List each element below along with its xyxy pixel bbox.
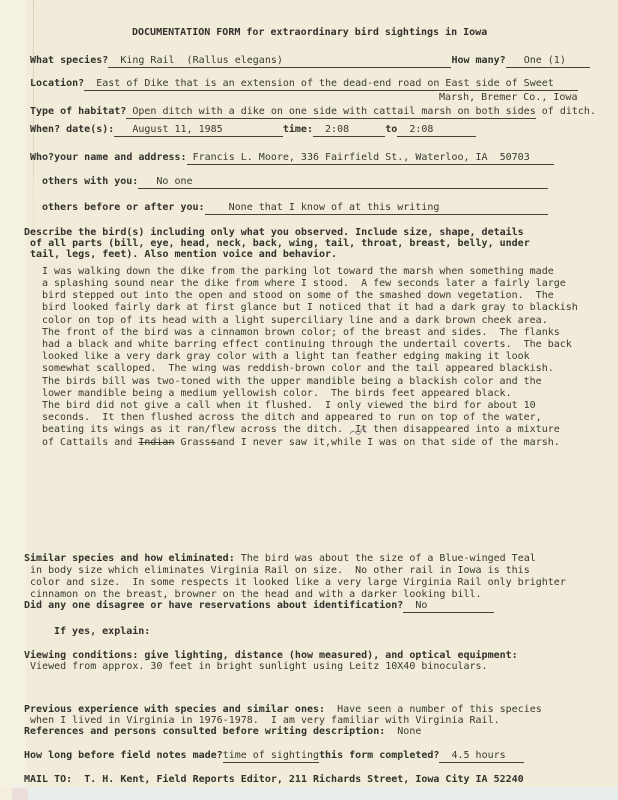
form-title: DOCUMENTATION FORM for extraordinary bir… xyxy=(132,27,487,38)
struck-text: Indian xyxy=(138,437,174,448)
description-line-2: a splashing sound near the dike from whe… xyxy=(42,278,566,289)
typed-text: lower mandible being a medium yellowish … xyxy=(42,388,512,399)
label-text: Location? xyxy=(30,78,84,89)
label-text: If yes, explain: xyxy=(54,626,150,637)
describe-instructions-2: of all parts (bill, eye, head, neck, bac… xyxy=(24,238,530,249)
field-observer: Who?your name and address: Francis L. Mo… xyxy=(30,152,554,163)
typed-text: beating its wings as it ran/flew across … xyxy=(42,424,560,435)
typed-text: seconds. It then flushed across the ditc… xyxy=(42,412,542,423)
underlined-entry: 2:08 xyxy=(313,124,385,137)
label-text: MAIL TO: T. H. Kent, Field Reports Edito… xyxy=(24,774,524,785)
typed-text: None xyxy=(391,726,421,737)
mail-to: MAIL TO: T. H. Kent, Field Reports Edito… xyxy=(24,774,524,785)
underlined-entry: 2:08 xyxy=(397,124,475,137)
description-line-12: The bird did not give a call when it flu… xyxy=(42,400,536,411)
label-text: Type of habitat? xyxy=(30,106,126,117)
field-habitat: Type of habitat? Open ditch with a dike … xyxy=(30,106,596,117)
typed-text: The bird did not give a call when it flu… xyxy=(42,400,536,411)
description-line-5: color on top of its head with a light su… xyxy=(42,315,548,326)
underlined-entry: Open ditch with a dike on one side with … xyxy=(126,106,535,119)
underlined-entry: None that I know of at this writing xyxy=(205,202,548,215)
typed-text: The bird was about the size of a Blue-wi… xyxy=(241,553,536,564)
description-line-3: bird stepped out into the open and stood… xyxy=(42,290,554,301)
typed-text: The birds bill was two-toned with the up… xyxy=(42,376,542,387)
description-line-15: of Cattails and Indian Grasssand I never… xyxy=(42,437,560,448)
underlined-entry: East of Dike that is an extension of the… xyxy=(84,78,578,91)
label-text: of all parts (bill, eye, head, neck, bac… xyxy=(24,238,530,249)
underlined-entry: time of sighting xyxy=(223,750,319,763)
field-others-with: others with you: No one xyxy=(42,176,548,187)
scan-bottom-edge xyxy=(0,787,618,800)
description-line-4: bird looked fairly dark at first glance … xyxy=(42,302,578,313)
underlined-entry: No xyxy=(403,600,493,613)
label-text: How long before field notes made? xyxy=(24,750,223,761)
typed-text: Marsh, Bremer Co., Iowa xyxy=(439,92,577,103)
handwritten-insertion-mark-icon xyxy=(349,428,367,439)
viewing-conditions-2: Viewed from approx. 30 feet in bright su… xyxy=(24,661,488,672)
typed-text: when I lived in Virginia in 1976-1978. I… xyxy=(24,715,500,726)
describe-instructions-1: Describe the bird(s) including only what… xyxy=(24,227,524,238)
similar-species-4: cinnamon on the breast, browner on the h… xyxy=(24,589,482,600)
typed-text: and I never saw it,while I was on that s… xyxy=(217,437,560,448)
description-line-10: The birds bill was two-toned with the up… xyxy=(42,376,542,387)
description-line-9: somewhat scalloped. The wing was reddish… xyxy=(42,363,554,374)
similar-species-1: Similar species and how eliminated: The … xyxy=(24,553,536,564)
typed-text: Have seen a number of this species xyxy=(331,704,542,715)
description-line-11: lower mandible being a medium yellowish … xyxy=(42,388,512,399)
paper-corner-notch xyxy=(0,787,12,800)
label-text: What species? xyxy=(30,55,108,66)
description-line-6: The front of the bird was a cinnamon bro… xyxy=(42,327,560,338)
field-notes-timing: How long before field notes made?time of… xyxy=(24,750,524,761)
previous-experience-2: when I lived in Virginia in 1976-1978. I… xyxy=(24,715,500,726)
similar-species-3: color and size. In some respects it look… xyxy=(24,577,566,588)
typed-text: color on top of its head with a light su… xyxy=(42,315,548,326)
underlined-entry: August 11, 1985 xyxy=(114,124,283,137)
typed-text: in body size which eliminates Virginia R… xyxy=(24,565,530,576)
paper-left-edge xyxy=(0,0,26,787)
label-text: Did any one disagree or have reservation… xyxy=(24,600,403,611)
underlined-entry: 4.5 hours xyxy=(439,750,523,763)
field-species: What species? King Rail (Rallus elegans)… xyxy=(30,55,590,66)
typed-text: bird looked fairly dark at first glance … xyxy=(42,302,578,313)
similar-species-2: in body size which eliminates Virginia R… xyxy=(24,565,530,576)
label-text: When? date(s): xyxy=(30,124,114,135)
typed-text: of Cattails and xyxy=(42,437,138,448)
underlined-entry: No one xyxy=(138,176,547,189)
scanned-form-page: DOCUMENTATION FORM for extraordinary bir… xyxy=(0,0,618,800)
label-text: References and persons consulted before … xyxy=(24,726,391,737)
typed-text: Grass xyxy=(174,437,210,448)
previous-experience-1: Previous experience with species and sim… xyxy=(24,704,542,715)
field-location: Location? East of Dike that is an extens… xyxy=(30,78,578,89)
viewing-conditions-1: Viewing conditions: give lighting, dista… xyxy=(24,650,518,661)
typed-text: cinnamon on the breast, browner on the h… xyxy=(24,589,482,600)
underlined-entry: Francis L. Moore, 336 Fairfield St., Wat… xyxy=(187,152,554,165)
typed-text: color and size. In some respects it look… xyxy=(24,577,566,588)
scan-artifact xyxy=(12,788,28,800)
field-location-cont: Marsh, Bremer Co., Iowa xyxy=(439,92,577,103)
label-text: Describe the bird(s) including only what… xyxy=(24,227,524,238)
typed-text: somewhat scalloped. The wing was reddish… xyxy=(42,363,554,374)
description-line-8: looked like a very dark gray color with … xyxy=(42,351,530,362)
label-text: Who?your name and address: xyxy=(30,152,187,163)
label-text: others with you: xyxy=(42,176,138,187)
description-line-13: seconds. It then flushed across the ditc… xyxy=(42,412,542,423)
label-text: time: xyxy=(283,124,313,135)
underlined-entry: King Rail (Rallus elegans) xyxy=(108,55,451,68)
field-date-time: When? date(s): August 11, 1985 time: 2:0… xyxy=(30,124,476,135)
typed-text: a splashing sound near the dike from whe… xyxy=(42,278,566,289)
typed-text: looked like a very dark gray color with … xyxy=(42,351,530,362)
typed-text: The front of the bird was a cinnamon bro… xyxy=(42,327,560,338)
field-references: References and persons consulted before … xyxy=(24,726,421,737)
label-text: Viewing conditions: give lighting, dista… xyxy=(24,650,518,661)
label-text: How many? xyxy=(451,55,505,66)
label-text: Similar species and how eliminated: xyxy=(24,553,241,564)
typed-text: bird stepped out into the open and stood… xyxy=(42,290,554,301)
label-text: this form completed? xyxy=(319,750,439,761)
label-text: Previous experience with species and sim… xyxy=(24,704,331,715)
underlined-entry: One (1) xyxy=(506,55,590,68)
field-disagree: Did any one disagree or have reservation… xyxy=(24,600,494,611)
description-line-7: had a black and white barring effect con… xyxy=(42,339,572,350)
typed-text: I was walking down the dike from the par… xyxy=(42,266,554,277)
if-yes-label: If yes, explain: xyxy=(54,626,150,637)
label-text: tail, legs, feet). Also mention voice an… xyxy=(24,249,337,260)
description-line-14: beating its wings as it ran/flew across … xyxy=(42,424,560,435)
label-text: DOCUMENTATION FORM for extraordinary bir… xyxy=(132,27,487,38)
typed-text: of ditch. xyxy=(536,106,596,117)
describe-instructions-3: tail, legs, feet). Also mention voice an… xyxy=(24,249,337,260)
typed-text: had a black and white barring effect con… xyxy=(42,339,572,350)
label-text: others before or after you: xyxy=(42,202,205,213)
label-text: to xyxy=(385,124,397,135)
field-others-before: others before or after you: None that I … xyxy=(42,202,548,213)
description-line-1: I was walking down the dike from the par… xyxy=(42,266,554,277)
typed-text: Viewed from approx. 30 feet in bright su… xyxy=(24,661,488,672)
